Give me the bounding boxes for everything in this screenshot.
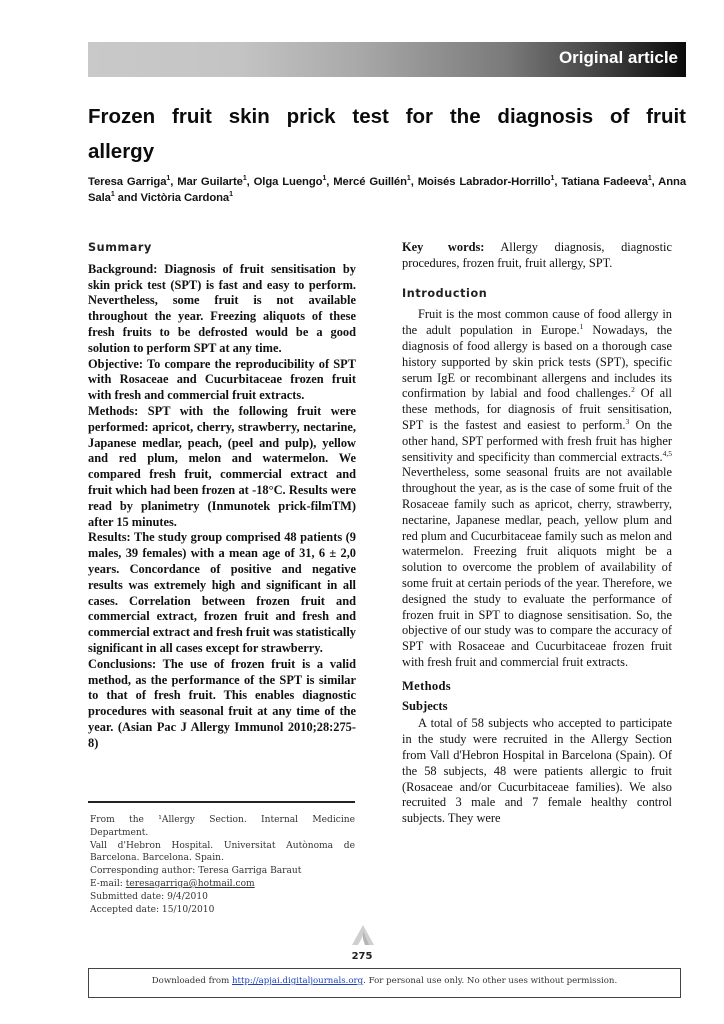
affiliation-marker: 1 (229, 191, 233, 198)
keywords: Key words: Allergy diagnosis, diagnostic… (402, 240, 672, 272)
separator: , (247, 176, 254, 188)
footnote-divider (88, 801, 355, 803)
author: Mercé Guillén (333, 176, 407, 188)
results-text: The study group comprised 48 patients (9… (88, 530, 356, 655)
submitted-date: Submitted date: 9/4/2010 (90, 891, 355, 904)
results-label: Results: (88, 530, 131, 544)
subjects-paragraph: A total of 58 subjects who accepted to p… (402, 716, 672, 827)
methods-text: SPT with the following fruit were perfor… (88, 404, 356, 529)
accepted-date: Accepted date: 15/10/2010 (90, 904, 355, 917)
author: Olga Luengo (254, 176, 323, 188)
corresponding-author: Corresponding author: Teresa Garriga Bar… (90, 865, 355, 878)
journal-link[interactable]: http://apjai.digitaljournals.org (232, 976, 363, 986)
introduction-paragraph: Fruit is the most common cause of food a… (402, 307, 672, 670)
left-column: Summary Background: Diagnosis of fruit s… (88, 240, 356, 752)
keywords-label: Key words: (402, 240, 484, 254)
author: Mar Guilarte (177, 176, 243, 188)
author: Tatiana Fadeeva (561, 176, 647, 188)
conclusions-label: Conclusions: (88, 657, 156, 671)
summary-background: Background: Diagnosis of fruit sensitisa… (88, 262, 356, 357)
separator: and (115, 192, 141, 204)
notice-prefix: Downloaded from (152, 976, 232, 986)
author: Victòria Cardona (141, 192, 230, 204)
author: Moisés Labrador-Horrillo (418, 176, 551, 188)
citation[interactable]: 4,5 (663, 448, 672, 457)
introduction-heading: Introduction (402, 286, 672, 302)
methods-label: Methods: (88, 404, 138, 418)
summary-conclusions: Conclusions: The use of frozen fruit is … (88, 657, 356, 752)
summary-objective: Objective: To compare the reproducibilit… (88, 357, 356, 404)
download-notice: Downloaded from http://apjai.digitaljour… (88, 968, 681, 998)
email-line: E-mail: teresagarriga@hotmail.com (90, 878, 355, 891)
affiliation-line: Vall d'Hebron Hospital. Universitat Autò… (90, 840, 355, 853)
background-label: Background: (88, 262, 157, 276)
notice-suffix: . For personal use only. No other uses w… (363, 976, 617, 986)
page-number: 275 (0, 951, 724, 962)
download-notice-text: Downloaded from http://apjai.digitaljour… (89, 976, 680, 986)
affiliation-line: Barcelona. Barcelona. Spain. (90, 852, 355, 865)
summary-heading: Summary (88, 240, 356, 256)
email-link[interactable]: teresagarriga@hotmail.com (126, 879, 255, 889)
summary-abstract: Background: Diagnosis of fruit sensitisa… (88, 262, 356, 752)
affiliation-line: From the ¹Allergy Section. Internal Medi… (90, 814, 355, 840)
summary-methods: Methods: SPT with the following fruit we… (88, 404, 356, 530)
article-type-banner: Original article (88, 42, 686, 77)
author: Teresa Garriga (88, 176, 166, 188)
right-column: Key words: Allergy diagnosis, diagnostic… (402, 240, 672, 827)
summary-results: Results: The study group comprised 48 pa… (88, 530, 356, 656)
affiliation-footnote: From the ¹Allergy Section. Internal Medi… (90, 814, 355, 916)
objective-label: Objective: (88, 357, 143, 371)
email-label: E-mail: (90, 879, 126, 889)
article-type-label: Original article (559, 48, 678, 68)
text-run: Nevertheless, some seasonal fruits are n… (402, 465, 672, 669)
article-title: Frozen fruit skin prick test for the dia… (88, 99, 686, 169)
methods-heading: Methods (402, 679, 672, 695)
separator: , (411, 176, 418, 188)
author-list: Teresa Garriga1, Mar Guilarte1, Olga Lue… (88, 174, 686, 206)
subjects-subheading: Subjects (402, 699, 672, 715)
journal-logo-icon (352, 925, 374, 945)
